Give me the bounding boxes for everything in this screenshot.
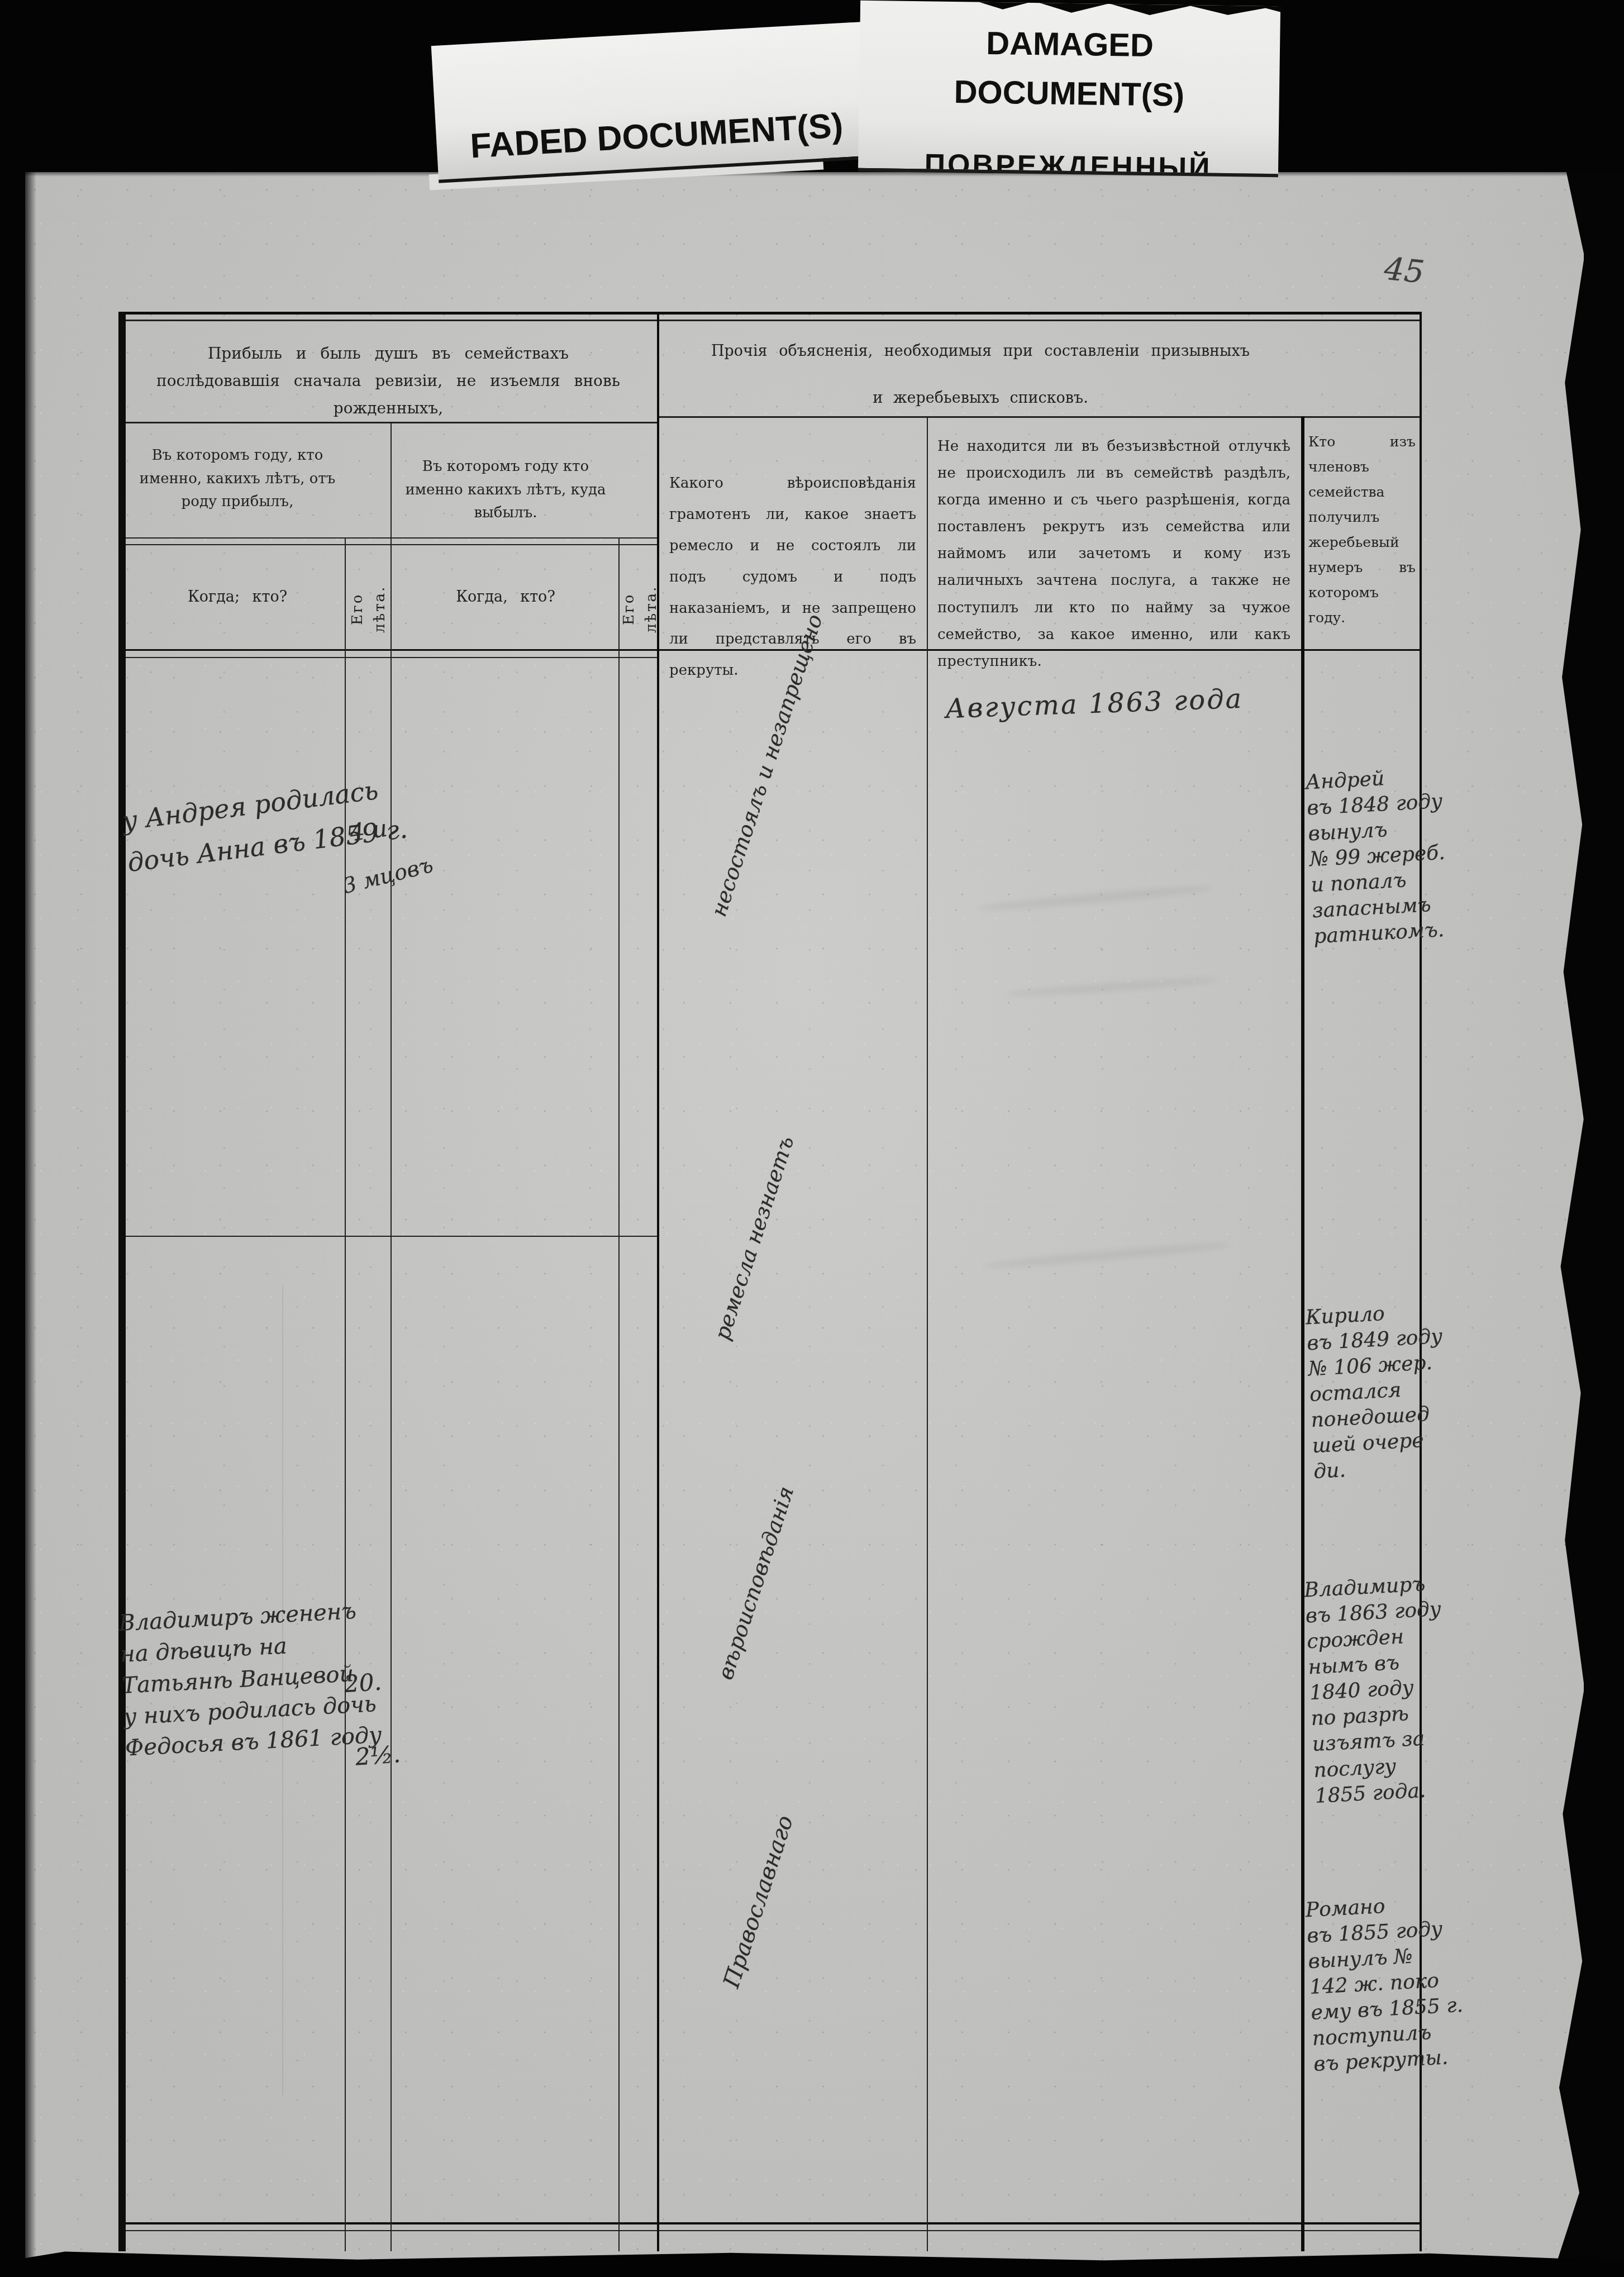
column-header-departed: Въ которомъ году кто именно какихъ лѣтъ,… — [399, 455, 612, 525]
group-header-left: Прибыль и быль душъ въ семействахъ послѣ… — [140, 340, 637, 422]
rule-under-right-group-header — [658, 416, 1422, 418]
divider-arrived-departed — [390, 422, 392, 2251]
rule-when-who-top-a — [120, 537, 658, 539]
handwritten-arrived-row2: Владимиръ жененъ на дѣвицѣ на Татьянѣ Ва… — [118, 1594, 383, 1764]
rule-left-section-middle — [120, 1236, 658, 1237]
handwritten-lot-entry-4: Романо въ 1855 году вынулъ № 142 ж. поко… — [1305, 1890, 1466, 2078]
page-top-edge-shadow — [25, 172, 1584, 177]
faded-slip-label: FADED DOCUMENT(S) — [436, 104, 878, 168]
column-header-absence: Не находится ли въ безъизвѣстной отлучкѣ… — [937, 433, 1290, 675]
column-header-when-who-2: Когда, кто? — [413, 585, 598, 609]
damaged-document-slip: DAMAGED DOCUMENT(S) ПОВРЕЖДЕННЫЙ — [858, 1, 1280, 177]
group-header-right-line1: Прочія объясненія, необходимыя при соста… — [670, 340, 1290, 363]
handwritten-lot-entry-3: Владимиръ въ 1863 году срожден нымъ въ 1… — [1303, 1571, 1451, 1809]
table-border-left — [118, 312, 126, 2251]
handwritten-lot-entry-1: Андрей въ 1848 году вынулъ № 99 жереб. и… — [1305, 763, 1450, 950]
rule-when-who-top-b — [120, 544, 658, 545]
page-crease — [282, 1285, 283, 2095]
handwritten-age-row2-a: 20. — [343, 1668, 382, 1698]
damaged-slip-label-line1: DAMAGED — [860, 23, 1280, 66]
rule-under-left-group-header — [120, 422, 658, 423]
handwritten-lot-entry-2: Кирило въ 1849 году № 106 жер. остался п… — [1305, 1298, 1450, 1485]
column-header-when-who-1: Когда; кто? — [145, 585, 330, 609]
scanned-document-canvas: 45 Прибыль и быль душъ въ семействахъ по… — [0, 0, 1624, 2277]
column-header-age-2: Его лѣта. — [618, 573, 663, 645]
divider-absence-lot — [1301, 416, 1304, 2251]
table-border-bottom-inner — [120, 2230, 1422, 2231]
column-header-arrived: Въ которомъ году, кто именно, какихъ лѣт… — [137, 444, 338, 514]
faded-document-slip: FADED DOCUMENT(S) — [431, 21, 879, 183]
table-border-top — [120, 312, 1422, 315]
handwritten-age-row2-b: 2½. — [354, 1740, 401, 1771]
handwritten-age-row1-a: 4 и — [348, 814, 389, 847]
table-border-bottom — [120, 2222, 1422, 2224]
page-number: 45 — [1383, 250, 1426, 290]
column-header-age-1: Его лѣта. — [346, 573, 392, 645]
page-left-edge-shadow — [25, 172, 36, 2277]
divider-age2 — [618, 537, 620, 2251]
divider-faith-absence — [927, 416, 928, 2251]
damaged-slip-label-line2: DOCUMENT(S) — [859, 72, 1279, 115]
rule-header-bottom-inner-left — [120, 657, 658, 658]
slip-top-smudge — [978, 1, 1280, 23]
column-header-lot-number: Кто изъ членовъ семейства получилъ жереб… — [1308, 429, 1416, 630]
group-header-right-line2: и жеребьевыхъ списковъ. — [670, 387, 1290, 410]
table-border-top-inner — [120, 320, 1422, 321]
